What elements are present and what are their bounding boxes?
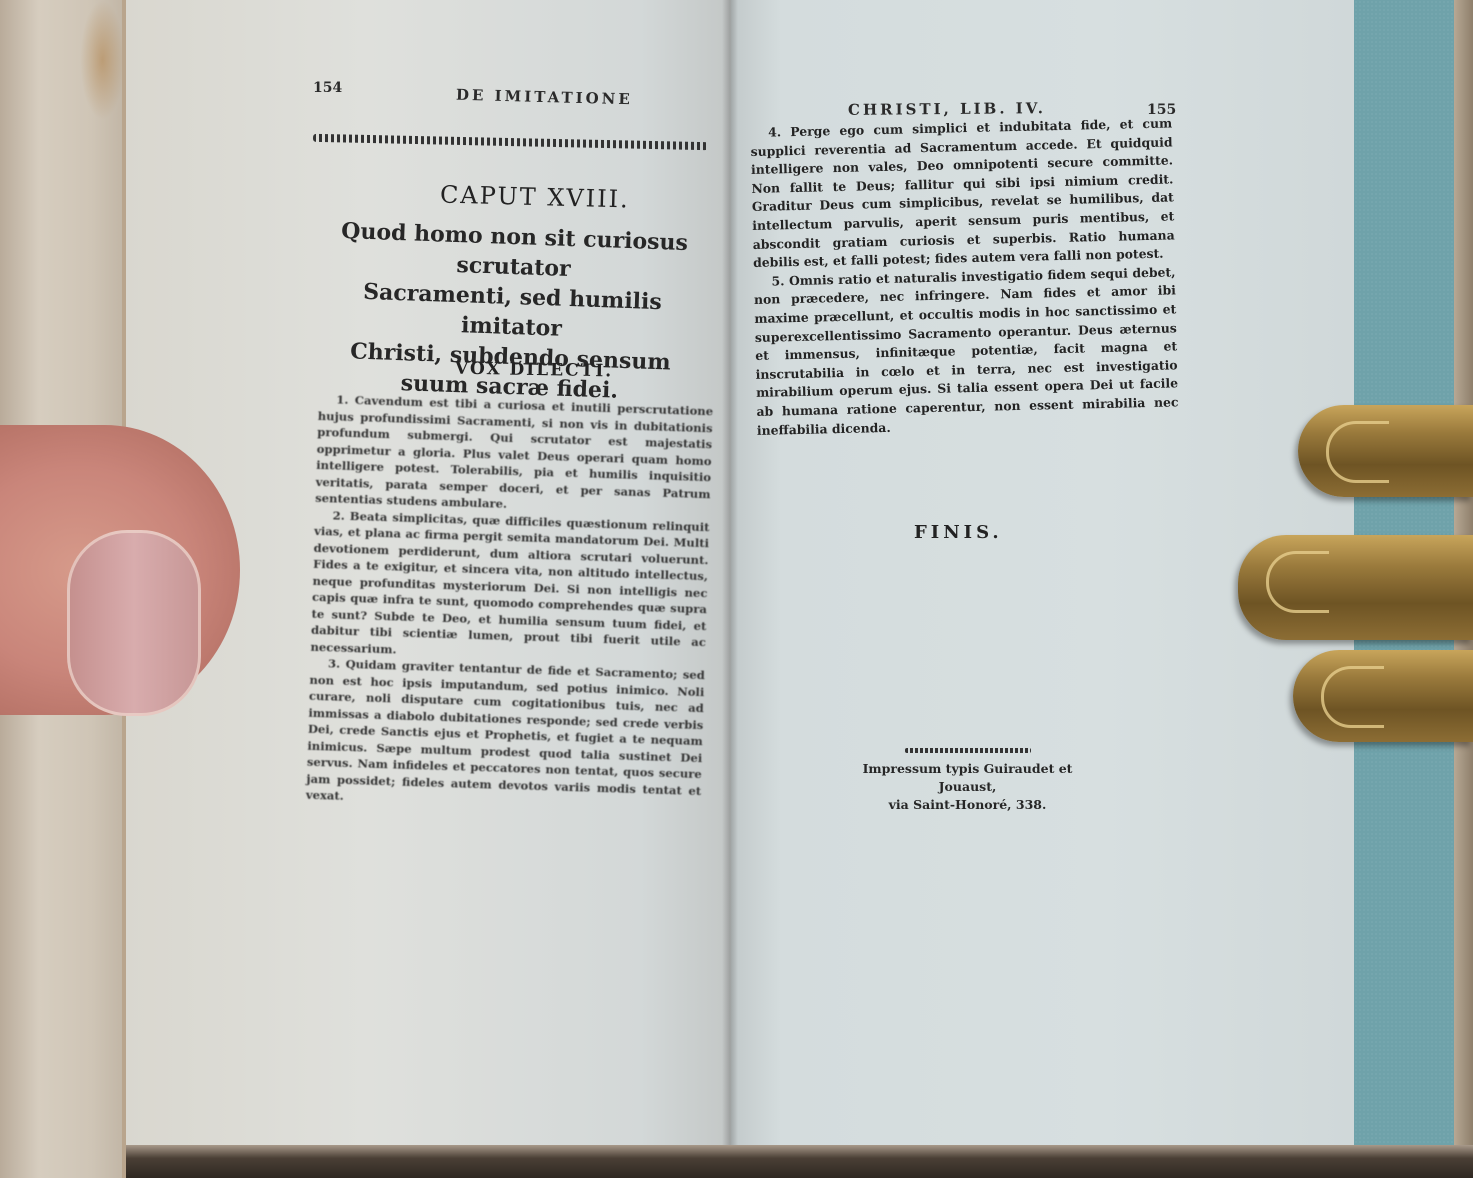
brass-nail-icon (1326, 421, 1389, 483)
paragraph: 4. Perge ego cum simplici et indubitata … (750, 114, 1175, 272)
brass-finger-top (1298, 405, 1473, 497)
bottom-binding (126, 1145, 1473, 1178)
brass-finger-bottom (1293, 650, 1473, 742)
foxing-stain (80, 0, 125, 120)
imprint-line: via Saint-Honoré, 338. (835, 796, 1100, 814)
paragraph: 1. Cavendum est tibi a curiosa et inutil… (315, 391, 713, 519)
book-photo: 154 DE IMITATIONE CAPUT XVIII. Quod homo… (0, 0, 1473, 1178)
brass-finger-middle (1238, 535, 1473, 640)
thumbnail-nail (67, 530, 201, 716)
paragraph: 2. Beata simplicitas, quæ difficiles quæ… (310, 506, 709, 667)
speaker-heading: VOX DILECTI. (455, 359, 613, 382)
chapter-title: Quod homo non sit curiosus scrutator Sac… (309, 215, 715, 409)
right-body-text: 4. Perge ego cum simplici et indubitata … (750, 114, 1179, 440)
left-body-text: 1. Cavendum est tibi a curiosa et inutil… (306, 391, 714, 816)
wavy-rule-small (905, 748, 1031, 753)
left-folio: 154 (313, 80, 342, 96)
book-gutter (722, 0, 738, 1150)
right-running-head: CHRISTI, LIB. IV. (848, 99, 1046, 119)
finis-label: FINIS. (914, 522, 1003, 543)
printer-imprint: Impressum typis Guiraudet et Jouaust, vi… (835, 760, 1100, 814)
chapter-heading: CAPUT XVIII. (440, 181, 630, 214)
paragraph: 5. Omnis ratio et naturalis investigatio… (753, 263, 1179, 440)
paragraph: 3. Quidam graviter tentantur de fide et … (306, 655, 705, 816)
imprint-line: Impressum typis Guiraudet et Jouaust, (835, 760, 1100, 796)
brass-nail-icon (1266, 551, 1329, 613)
brass-nail-icon (1321, 666, 1384, 728)
